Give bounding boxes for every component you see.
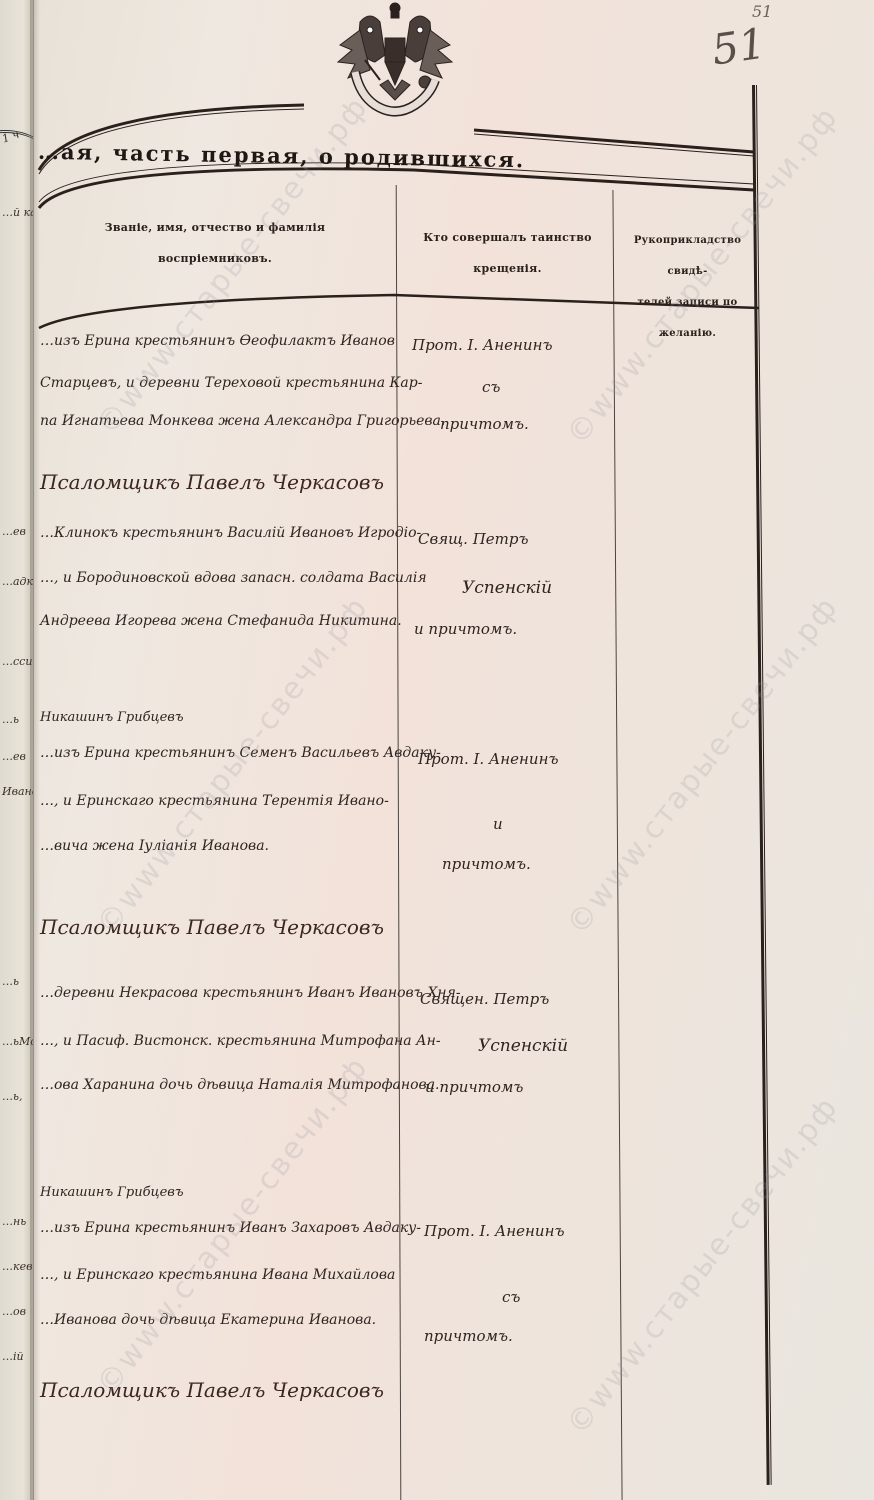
officiant-line: и причтомъ. bbox=[414, 620, 517, 638]
officiant-line: Священ. Петръ bbox=[420, 990, 549, 1008]
column-header-line: Кто совершалъ таинство bbox=[405, 222, 610, 253]
folio-number-ink: 51 bbox=[709, 19, 769, 75]
left-margin-note: …ов bbox=[2, 1305, 26, 1318]
watermark: ©www.старые-свечи.рф bbox=[560, 1090, 845, 1442]
left-margin-note: …ій bbox=[2, 1350, 24, 1363]
sponsor-line: …ова Харанина дочь дѣвица Наталія Митроф… bbox=[40, 1077, 440, 1093]
officiant-line: съ bbox=[502, 1288, 520, 1306]
folio-number-pencil: 51 bbox=[752, 2, 772, 21]
officiant-line: причтомъ. bbox=[442, 855, 531, 873]
sponsor-line: …изъ Ерина крестьянинъ Өеофилактъ Иванов bbox=[40, 333, 395, 349]
sponsor-line: …Иванова дочь дѣвица Екатерина Иванова. bbox=[40, 1312, 376, 1328]
left-margin-note: …ь bbox=[2, 713, 19, 726]
column-header-line: Званіе, имя, отчество и фамилія bbox=[40, 212, 390, 243]
officiant-line: Прот. І. Аненинъ bbox=[424, 1222, 564, 1240]
watermark: ©www.старые-свечи.рф bbox=[560, 590, 845, 942]
left-margin-note: …ев bbox=[2, 525, 26, 538]
sponsor-line: …Клинокъ крестьянинъ Василій Ивановъ Игр… bbox=[40, 525, 421, 541]
sponsor-line: …деревни Некрасова крестьянинъ Иванъ Ива… bbox=[40, 985, 461, 1001]
officiant-line: Успенскій bbox=[478, 1036, 568, 1056]
officiant-line: Свящ. Петръ bbox=[418, 530, 528, 548]
left-page-edge: 1 ч …й каки… …ев …адка …сси …ь …ев Ивано… bbox=[0, 0, 34, 1500]
officiant-line: и причтомъ bbox=[425, 1078, 523, 1096]
column-header-line: крещенія. bbox=[405, 253, 610, 284]
sponsor-signature: Никашинъ Грибцевъ bbox=[40, 1185, 184, 1200]
column-header-officiant: Кто совершалъ таинство крещенія. bbox=[405, 222, 610, 284]
sponsor-line: Старцевъ, и деревни Тереховой крестьянин… bbox=[40, 375, 422, 391]
officiant-line: и bbox=[493, 815, 503, 833]
officiant-line: съ bbox=[482, 378, 500, 396]
left-margin-note: …ь, bbox=[2, 1090, 23, 1103]
sponsor-signature: Никашинъ Грибцевъ bbox=[40, 710, 184, 725]
officiant-line: Успенскій bbox=[462, 578, 552, 598]
book-gutter-shadow bbox=[30, 0, 40, 1500]
left-margin-note: …нь bbox=[2, 1215, 26, 1228]
officiant-line: причтомъ. bbox=[440, 415, 529, 433]
sponsor-signature: Псаломщикъ Павелъ Черкасовъ bbox=[40, 470, 384, 494]
officiant-line: Прот. І. Аненинъ bbox=[418, 750, 558, 768]
officiant-line: Прот. І. Аненинъ bbox=[412, 336, 552, 354]
left-margin-note: …кев bbox=[2, 1260, 32, 1273]
left-margin-note: …ь bbox=[2, 975, 19, 988]
left-margin-note: …сси bbox=[2, 655, 32, 668]
left-margin-note: …ев bbox=[2, 750, 26, 763]
watermark: ©www.старые-свечи.рф bbox=[90, 590, 375, 942]
sponsor-line: …, и Пасиф. Вистонск. крестьянина Митроф… bbox=[40, 1033, 441, 1049]
sponsor-line: …, и Бородиновской вдова запасн. солдата… bbox=[40, 570, 427, 586]
officiant-line: причтомъ. bbox=[424, 1327, 513, 1345]
